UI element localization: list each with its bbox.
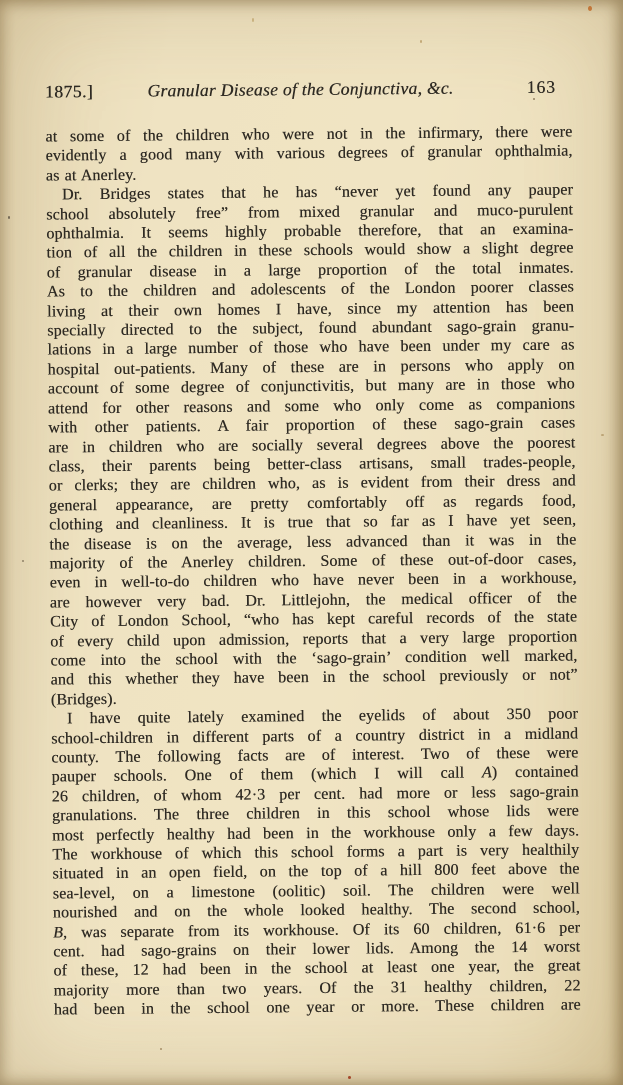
text-line: had been in the school one year or more.… [54,996,581,1020]
paper-speck [160,1048,162,1050]
page-content: 1875.] Granular Disease of the Conjuncti… [0,0,623,1021]
paper-speck [348,1076,351,1079]
body-text: at some of the children who were not in … [45,122,581,1020]
scanned-page: 1875.] Granular Disease of the Conjuncti… [0,0,623,1085]
header-year: 1875.] [45,80,130,103]
running-header: 1875.] Granular Disease of the Conjuncti… [45,75,572,102]
header-page-number: 163 [471,75,572,98]
paragraph: I have quite lately examined the eyelids… [51,705,581,1021]
paragraph: at some of the children who were not in … [45,122,573,185]
header-article-title: Granular Disease of the Conjunctiva, &c. [130,76,471,101]
paragraph: Dr. Bridges states that he has “never ye… [46,181,578,710]
